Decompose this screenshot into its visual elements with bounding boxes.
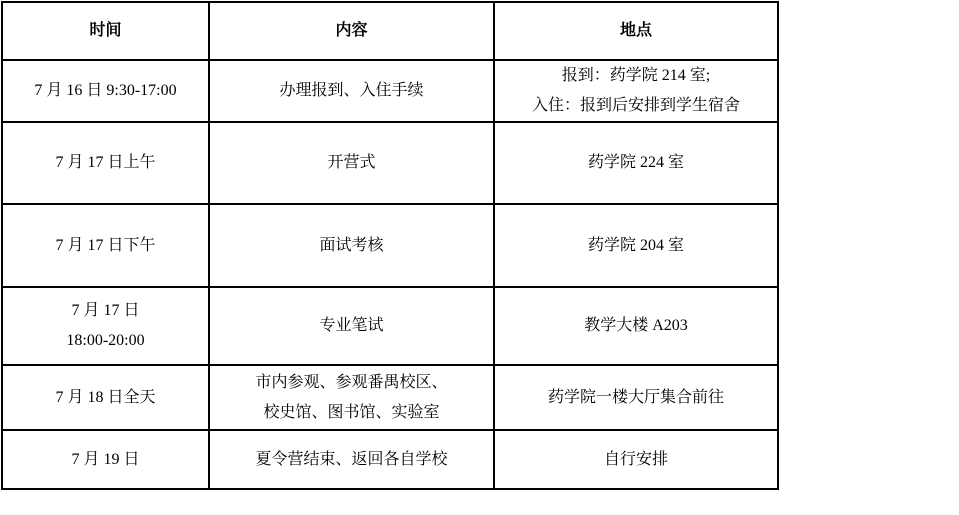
cell-line: 开营式 <box>214 148 489 178</box>
cell-time: 7 月 17 日上午 <box>2 122 209 204</box>
table-row: 7 月 17 日上午 开营式 药学院 224 室 <box>2 122 778 204</box>
cell-line: 7 月 17 日下午 <box>7 231 204 261</box>
header-cell-content: 内容 <box>209 2 494 60</box>
table-row: 7 月 18 日全天 市内参观、参观番禺校区、 校史馆、图书馆、实验室 药学院一… <box>2 365 778 430</box>
table-row: 7 月 17 日下午 面试考核 药学院 204 室 <box>2 204 778 287</box>
cell-line: 市内参观、参观番禺校区、 <box>214 368 489 398</box>
cell-location: 报到：药学院 214 室; 入住：报到后安排到学生宿舍 <box>494 60 778 122</box>
cell-location: 教学大楼 A203 <box>494 287 778 365</box>
cell-line: 7 月 16 日 9:30-17:00 <box>7 76 204 106</box>
table-row: 7 月 17 日 18:00-20:00 专业笔试 教学大楼 A203 <box>2 287 778 365</box>
cell-content: 开营式 <box>209 122 494 204</box>
cell-line: 报到：药学院 214 室; <box>499 61 773 91</box>
cell-content: 专业笔试 <box>209 287 494 365</box>
cell-time: 7 月 17 日下午 <box>2 204 209 287</box>
header-label-location: 地点 <box>499 16 773 46</box>
cell-content: 面试考核 <box>209 204 494 287</box>
cell-line: 专业笔试 <box>214 311 489 341</box>
cell-line: 18:00-20:00 <box>7 326 204 356</box>
cell-line: 办理报到、入住手续 <box>214 76 489 106</box>
header-cell-location: 地点 <box>494 2 778 60</box>
header-label-time: 时间 <box>7 16 204 46</box>
cell-line: 7 月 18 日全天 <box>7 383 204 413</box>
cell-line: 药学院 204 室 <box>499 231 773 261</box>
cell-time: 7 月 16 日 9:30-17:00 <box>2 60 209 122</box>
cell-location: 药学院一楼大厅集合前往 <box>494 365 778 430</box>
cell-line: 校史馆、图书馆、实验室 <box>214 398 489 428</box>
cell-location: 药学院 224 室 <box>494 122 778 204</box>
table-row: 7 月 19 日 夏令营结束、返回各自学校 自行安排 <box>2 430 778 489</box>
cell-line: 药学院一楼大厅集合前往 <box>499 383 773 413</box>
cell-time: 7 月 17 日 18:00-20:00 <box>2 287 209 365</box>
header-row: 时间 内容 地点 <box>2 2 778 60</box>
cell-line: 7 月 17 日上午 <box>7 148 204 178</box>
cell-time: 7 月 18 日全天 <box>2 365 209 430</box>
cell-line: 7 月 19 日 <box>7 445 204 475</box>
table-row: 7 月 16 日 9:30-17:00 办理报到、入住手续 报到：药学院 214… <box>2 60 778 122</box>
cell-line: 夏令营结束、返回各自学校 <box>214 445 489 475</box>
cell-line: 药学院 224 室 <box>499 148 773 178</box>
cell-location: 药学院 204 室 <box>494 204 778 287</box>
cell-content: 市内参观、参观番禺校区、 校史馆、图书馆、实验室 <box>209 365 494 430</box>
cell-time: 7 月 19 日 <box>2 430 209 489</box>
cell-content: 办理报到、入住手续 <box>209 60 494 122</box>
cell-location: 自行安排 <box>494 430 778 489</box>
schedule-table: 时间 内容 地点 7 月 16 日 9:30-17:00 办理报到、入住手续 报… <box>1 1 779 490</box>
cell-line: 7 月 17 日 <box>7 296 204 326</box>
cell-line: 入住：报到后安排到学生宿舍 <box>499 91 773 121</box>
cell-content: 夏令营结束、返回各自学校 <box>209 430 494 489</box>
cell-line: 教学大楼 A203 <box>499 311 773 341</box>
header-label-content: 内容 <box>214 16 489 46</box>
header-cell-time: 时间 <box>2 2 209 60</box>
cell-line: 自行安排 <box>499 445 773 475</box>
cell-line: 面试考核 <box>214 231 489 261</box>
